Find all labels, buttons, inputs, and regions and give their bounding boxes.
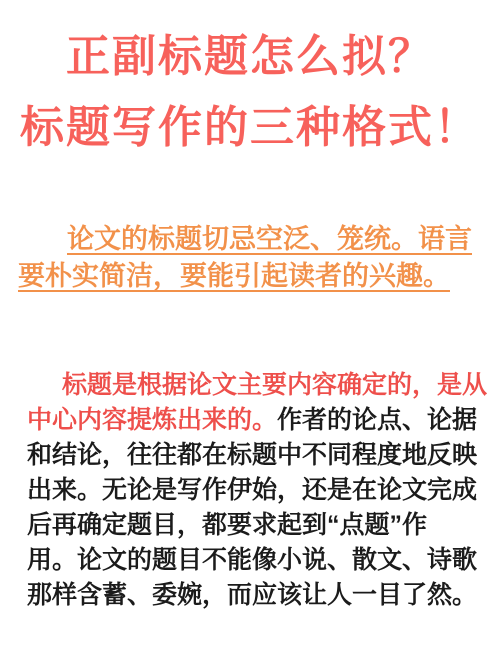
body-line: 出来。无论是写作伊始，还是在论文完成 bbox=[27, 473, 472, 508]
body-line: 后再确定题目，都要求起到“点题”作 bbox=[27, 508, 472, 543]
body-text-segment: 和结论，往往都在标题中不同程度地反映 bbox=[27, 441, 477, 469]
body-line: 中心内容提炼出来的。作者的论点、论据 bbox=[27, 403, 472, 438]
note-page: 正副标题怎么拟？ 标题写作的三种格式！ 论文的标题切忌空泛、笼统。语言 要朴实简… bbox=[0, 0, 500, 666]
body-line: 用。论文的题目不能像小说、散文、诗歌 bbox=[27, 543, 472, 578]
subtitle-paragraph: 论文的标题切忌空泛、笼统。语言 要朴实简洁，要能引起读者的兴趣。 bbox=[18, 221, 482, 295]
body-text-segment: 后再确定题目，都要求起到“点题”作 bbox=[27, 511, 427, 539]
body-paragraph: 标题是根据论文主要内容确定的，是从中心内容提炼出来的。作者的论点、论据和结论，往… bbox=[27, 368, 472, 613]
page-title: 正副标题怎么拟？ 标题写作的三种格式！ bbox=[0, 33, 500, 152]
subtitle-line-1: 论文的标题切忌空泛、笼统。语言 bbox=[18, 221, 482, 258]
title-line-2: 标题写作的三种格式！ bbox=[0, 104, 500, 152]
title-line-1: 正副标题怎么拟？ bbox=[0, 33, 500, 81]
body-text-segment: 用。论文的题目不能像小说、散文、诗歌 bbox=[27, 546, 477, 574]
body-line: 和结论，往往都在标题中不同程度地反映 bbox=[27, 438, 472, 473]
body-text-segment: 出来。无论是写作伊始，还是在论文完成 bbox=[27, 476, 477, 504]
body-line: 那样含蓄、委婉，而应该让人一目了然。 bbox=[27, 578, 472, 613]
body-line: 标题是根据论文主要内容确定的，是从 bbox=[27, 368, 472, 403]
body-highlight-segment: 标题是根据论文主要内容确定的，是从 bbox=[62, 371, 487, 399]
body-text-segment: 那样含蓄、委婉，而应该让人一目了然。 bbox=[27, 581, 477, 609]
body-highlight-segment: 中心内容提炼出来的。 bbox=[27, 406, 277, 434]
subtitle-line-2: 要朴实简洁，要能引起读者的兴趣。 bbox=[18, 258, 482, 295]
body-text-segment: 作者的论点、论据 bbox=[277, 406, 477, 434]
